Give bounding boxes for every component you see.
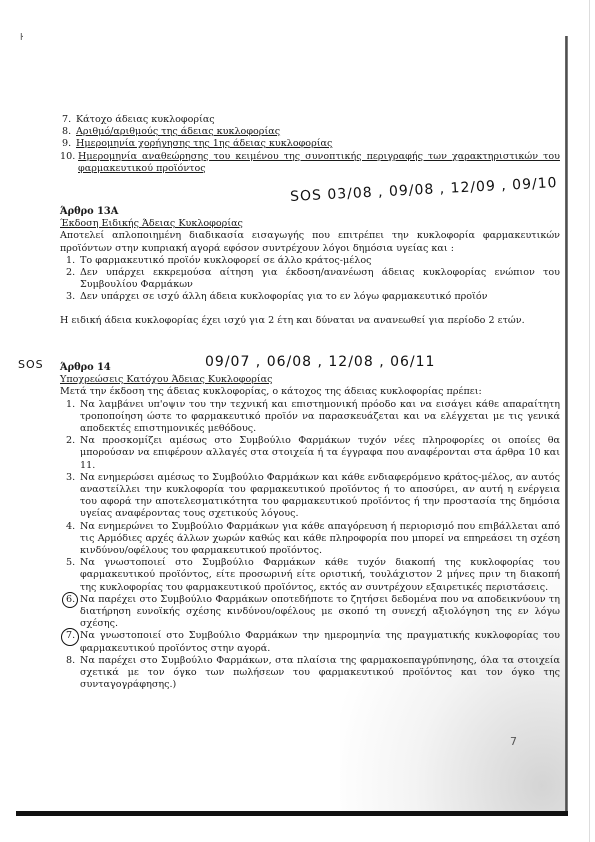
top-list: 7.Κάτοχο άδειας κυκλοφορίας 8.Αριθμό/αρι… [60,114,560,175]
scan-page-edge-bottom [16,811,568,816]
article-subtitle: Έκδοση Ειδικής Άδειας Κυκλοφορίας [60,218,560,230]
page-number: 7 [510,735,517,748]
list-item: 4.Να ενημερώνει το Συμβούλιο Φαρμάκων γι… [64,521,560,558]
list-item: 7.Να γνωστοποιεί στο Συμβούλιο Φαρμάκων … [64,630,560,654]
scan-page-edge-right [565,36,568,811]
article-closing: Η ειδική άδεια κυκλοφορίας έχει ισχύ για… [60,315,560,327]
list-item: 9.Ημερομηνία χορήγησης της 1ης άδειας κυ… [60,138,560,150]
list-item: 7.Κάτοχο άδειας κυκλοφορίας [60,114,560,126]
list-item: 1.Το φαρμακευτικό προϊόν κυκλοφορεί σε ά… [64,255,560,267]
handwritten-margin-note: SOS [18,358,44,371]
article-13a: Άρθρο 13Α Έκδοση Ειδικής Άδειας Κυκλοφορ… [60,206,560,327]
article-title: Άρθρο 13Α [60,206,560,218]
list-item: 10.Ημερομηνία αναθεώρησης του κειμένου τ… [60,151,560,175]
scan-border-right [589,0,590,842]
article-14: Άρθρο 14 Υποχρεώσεις Κατόχου Άδειας Κυκλ… [60,362,560,691]
article-intro: Μετά την έκδοση της άδειας κυκλοφορίας, … [60,386,560,398]
list-item: 1.Να λαμβάνει υπ'οψιν του την τεχνική κα… [64,399,560,436]
top-list-section: 7.Κάτοχο άδειας κυκλοφορίας 8.Αριθμό/αρι… [60,114,560,175]
article-intro: Αποτελεί απλοποιημένη διαδικασία εισαγωγ… [60,230,560,254]
article-14-list: 1.Να λαμβάνει υπ'οψιν του την τεχνική κα… [64,399,560,692]
list-item: 8.Αριθμό/αριθμούς της άδειας κυκλοφορίας [60,126,560,138]
list-item: 2.Να προσκομίζει αμέσως στο Συμβούλιο Φα… [64,435,560,472]
article-subtitle: Υποχρεώσεις Κατόχου Άδειας Κυκλοφορίας [60,374,560,386]
list-item: 3.Να ενημερώσει αμέσως το Συμβούλιο Φαρμ… [64,472,560,521]
article-13a-list: 1.Το φαρμακευτικό προϊόν κυκλοφορεί σε ά… [64,255,560,304]
article-title: Άρθρο 14 [60,362,560,374]
list-item: 2.Δεν υπάρχει εκκρεμούσα αίτηση για έκδο… [64,267,560,291]
scan-speck: ŀ [20,33,23,43]
handwritten-note-13a: SOS 03/08 , 09/08 , 12/09 , 09/10 [290,175,558,205]
list-item: 3.Δεν υπάρχει σε ισχύ άλλη άδεια κυκλοφο… [64,291,560,303]
list-item: 6.Να παρέχει στο Συμβούλιο Φαρμάκων οποτ… [64,594,560,631]
list-item: 8.Να παρέχει στο Συμβούλιο Φαρμάκων, στα… [64,655,560,692]
list-item: 5.Να γνωστοποιεί στο Συμβούλιο Φαρμάκων … [64,557,560,594]
